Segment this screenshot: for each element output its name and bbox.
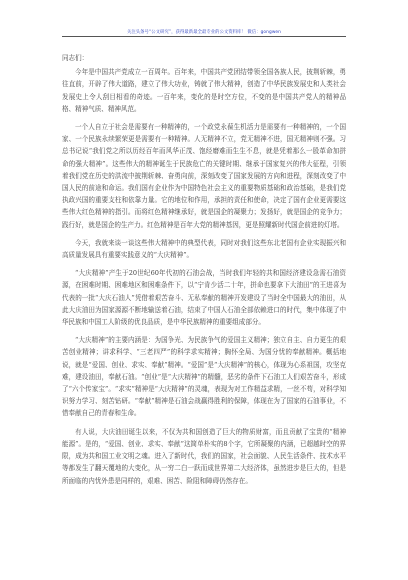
salutation: 同志们： xyxy=(62,52,346,64)
paragraph-5: “大庆精神”的主要内涵是：为国争光、为民族争气的爱国主义精神；独立自主、自力更生… xyxy=(62,334,346,419)
document-page: 关注头条号“公文研究”，获得最新最全最专业的公文资料库！ 微信：gongwen … xyxy=(0,0,408,580)
paragraph-3: 今天，我就来谈一谈这些伟大精神中的典型代表，同时对我们这些东北老国有企业实现振兴… xyxy=(62,237,346,261)
paragraph-4: “大庆精神”产生于20世纪60年代初的石油会战，当时我们年轻的共和国经济建设急需… xyxy=(62,267,346,328)
document-body: 同志们： 今年是中国共产党成立一百周年。百年来，中国共产党团结带领全国各族人民，… xyxy=(62,52,346,493)
paragraph-1: 今年是中国共产党成立一百周年。百年来，中国共产党团结带领全国各族人民，披荆斩棘，… xyxy=(62,66,346,115)
paragraph-2: 一个人自立于社会是需要有一种精神的，一个政党永葆生机活力是需要有一种精神的，一个… xyxy=(62,121,346,231)
header-divider xyxy=(62,36,346,37)
paragraph-6: 有人说，大庆油田诞生以来，不仅为共和国创造了巨大的物质财富，而且贡献了宝贵的“精… xyxy=(62,426,346,487)
